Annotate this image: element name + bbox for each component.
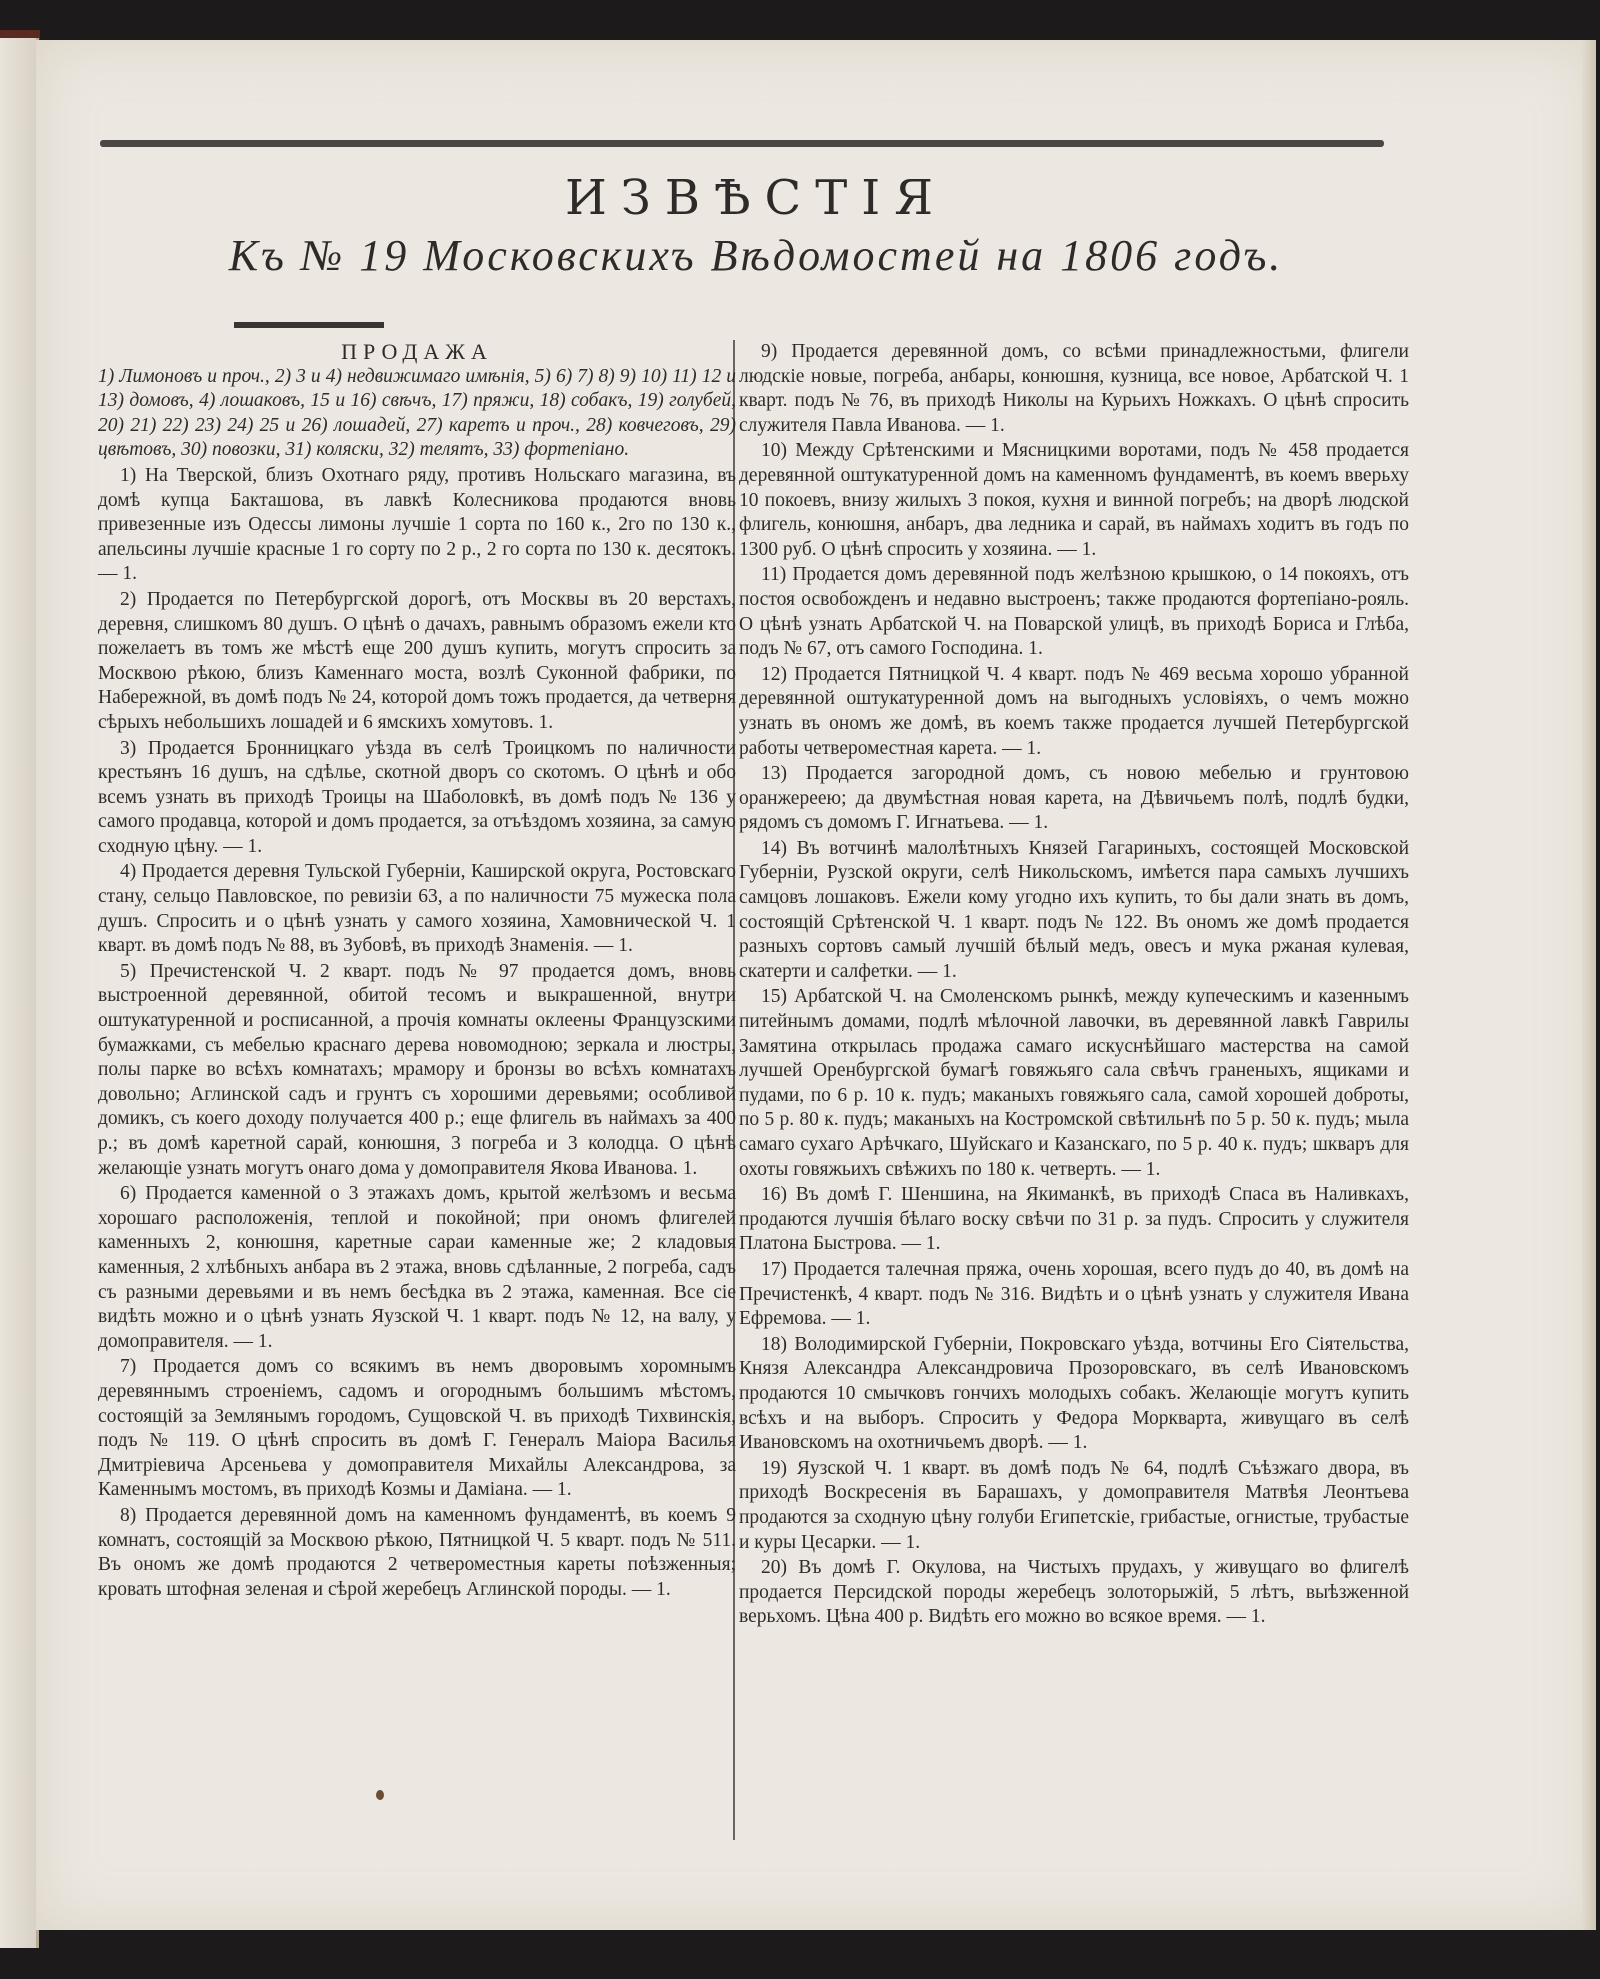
advert-entry: 2) Продается по Петербургской дорогѣ, от… <box>98 588 736 736</box>
left-column: ПРОДАЖА 1) Лимоновъ и проч., 2) 3 и 4) н… <box>98 340 736 1602</box>
section-title: ПРОДАЖА <box>98 340 736 365</box>
top-rule <box>100 140 1384 147</box>
advert-entry: 5) Пречистенской Ч. 2 кварт. подъ № 97 п… <box>98 960 736 1181</box>
advert-entry: 17) Продается талечная пряжа, очень хоро… <box>739 1258 1409 1332</box>
advert-entry: 1) На Тверской, близъ Охотнаго ряду, про… <box>98 464 736 587</box>
advert-entry: 16) Въ домѣ Г. Шеншина, на Якиманкѣ, въ … <box>739 1183 1409 1257</box>
section-index: 1) Лимоновъ и проч., 2) 3 и 4) недвижима… <box>98 365 736 463</box>
advert-entry: 4) Продается деревня Тульской Губерніи, … <box>98 860 736 958</box>
advert-entry: 3) Продается Бронницкаго уѣзда въ селѣ Т… <box>98 737 736 860</box>
advert-entry: 20) Въ домѣ Г. Окулова, на Чистыхъ пруда… <box>739 1556 1409 1630</box>
newspaper-page: ИЗВѢСТІЯ Къ № 19 Московскихъ Вѣдомостей … <box>36 40 1596 1930</box>
advert-entry: 19) Яузской Ч. 1 кварт. въ домѣ подъ № 6… <box>739 1457 1409 1555</box>
ink-stain <box>376 1790 384 1800</box>
advert-entry: 15) Арбатской Ч. на Смоленскомъ рынкѣ, м… <box>739 985 1409 1182</box>
previous-page-edge <box>0 38 39 1948</box>
right-column: 9) Продается деревянной домъ, со всѣми п… <box>739 340 1409 1630</box>
advert-entry: 10) Между Срѣтенскими и Мясницкими ворот… <box>739 439 1409 562</box>
advert-entry: 18) Володимирской Губерніи, Покровскаго … <box>739 1333 1409 1456</box>
advert-entry: 12) Продается Пятницкой Ч. 4 кварт. подъ… <box>739 663 1409 761</box>
advert-entry: 7) Продается домъ со всякимъ въ немъ дво… <box>98 1355 736 1503</box>
advert-entry: 13) Продается загородной домъ, съ новою … <box>739 762 1409 836</box>
masthead-subtitle: Къ № 19 Московскихъ Вѣдомостей на 1806 г… <box>36 230 1476 281</box>
advert-entry: 14) Въ вотчинѣ малолѣтныхъ Князей Гагари… <box>739 837 1409 985</box>
advert-entry: 11) Продается домъ деревянной подъ желѣз… <box>739 563 1409 661</box>
page-edge <box>1582 40 1596 1930</box>
advert-entry: 9) Продается деревянной домъ, со всѣми п… <box>739 340 1409 438</box>
advert-entry: 8) Продается деревянной домъ на каменном… <box>98 1504 736 1602</box>
advert-entry: 6) Продается каменной о 3 этажахъ домъ, … <box>98 1182 736 1354</box>
masthead-title: ИЗВѢСТІЯ <box>36 170 1476 226</box>
section-rule <box>234 322 384 328</box>
